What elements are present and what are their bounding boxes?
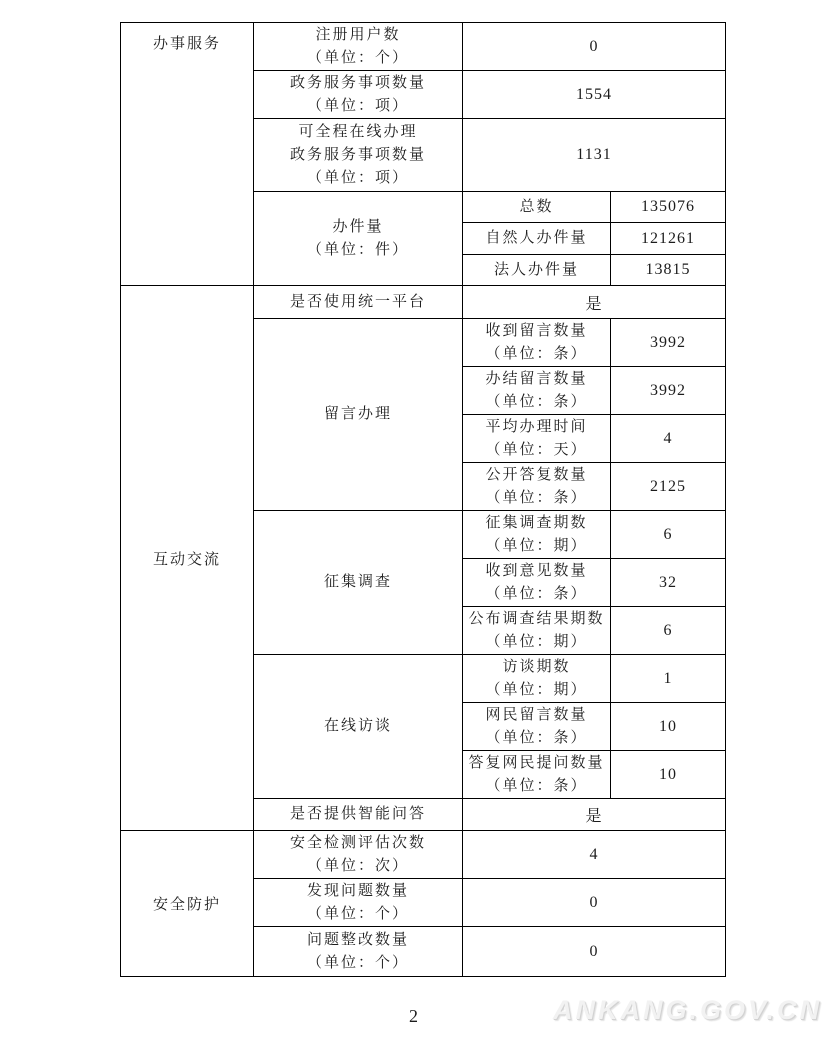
section-label-security: 安全防护 [121,831,254,977]
row-value-problems-fixed: 0 [463,927,726,977]
table-row: 互动交流 是否使用统一平台 是 [121,286,726,319]
row-value-problems-found: 0 [463,879,726,927]
sub-label-cases-legal: 法人办件量 [463,255,611,286]
watermark: ANKANG.GOV.CN [553,995,822,1026]
sub-label-surveys-results: 公布调查结果期数 （单位：期） [463,607,611,655]
row-label-messages: 留言办理 [254,319,463,511]
table-row: 办事服务 注册用户数 （单位：个） 0 [121,23,726,71]
row-label-registered-users: 注册用户数 （单位：个） [254,23,463,71]
sub-label-messages-avg-time: 平均办理时间 （单位：天） [463,415,611,463]
sub-label-messages-public-replies: 公开答复数量 （单位：条） [463,463,611,511]
row-value-unified-platform: 是 [463,286,726,319]
sub-label-interviews-replies: 答复网民提问数量 （单位：条） [463,751,611,799]
section-label-interaction: 互动交流 [121,286,254,831]
sub-label-messages-received: 收到留言数量 （单位：条） [463,319,611,367]
report-table: 办事服务 注册用户数 （单位：个） 0 政务服务事项数量 （单位：项） 1554… [120,22,726,977]
row-label-problems-fixed: 问题整改数量 （单位：个） [254,927,463,977]
row-label-cases: 办件量 （单位：件） [254,192,463,286]
sub-label-surveys-periods: 征集调查期数 （单位：期） [463,511,611,559]
sub-value-interviews-periods: 1 [611,655,726,703]
sub-label-cases-natural: 自然人办件量 [463,223,611,255]
section-label-service: 办事服务 [121,23,254,286]
row-label-interviews: 在线访谈 [254,655,463,799]
sub-value-surveys-opinions: 32 [611,559,726,607]
sub-value-surveys-results: 6 [611,607,726,655]
sub-value-messages-received: 3992 [611,319,726,367]
row-label-problems-found: 发现问题数量 （单位：个） [254,879,463,927]
row-label-smart-qa: 是否提供智能问答 [254,799,463,831]
sub-value-messages-completed: 3992 [611,367,726,415]
sub-label-surveys-opinions: 收到意见数量 （单位：条） [463,559,611,607]
row-value-online-items: 1131 [463,119,726,192]
row-label-service-items: 政务服务事项数量 （单位：项） [254,71,463,119]
sub-label-cases-total: 总数 [463,192,611,223]
row-label-assessments: 安全检测评估次数 （单位：次） [254,831,463,879]
sub-value-cases-total: 135076 [611,192,726,223]
sub-label-interviews-net-messages: 网民留言数量 （单位：条） [463,703,611,751]
table-row: 安全防护 安全检测评估次数 （单位：次） 4 [121,831,726,879]
row-value-assessments: 4 [463,831,726,879]
row-value-service-items: 1554 [463,71,726,119]
sub-value-cases-legal: 13815 [611,255,726,286]
row-value-smart-qa: 是 [463,799,726,831]
sub-value-interviews-net-messages: 10 [611,703,726,751]
sub-label-messages-completed: 办结留言数量 （单位：条） [463,367,611,415]
sub-value-interviews-replies: 10 [611,751,726,799]
sub-value-surveys-periods: 6 [611,511,726,559]
sub-label-interviews-periods: 访谈期数 （单位：期） [463,655,611,703]
row-label-unified-platform: 是否使用统一平台 [254,286,463,319]
sub-value-cases-natural: 121261 [611,223,726,255]
row-label-online-items: 可全程在线办理 政务服务事项数量 （单位：项） [254,119,463,192]
row-value-registered-users: 0 [463,23,726,71]
sub-value-messages-public-replies: 2125 [611,463,726,511]
row-label-surveys: 征集调查 [254,511,463,655]
sub-value-messages-avg-time: 4 [611,415,726,463]
